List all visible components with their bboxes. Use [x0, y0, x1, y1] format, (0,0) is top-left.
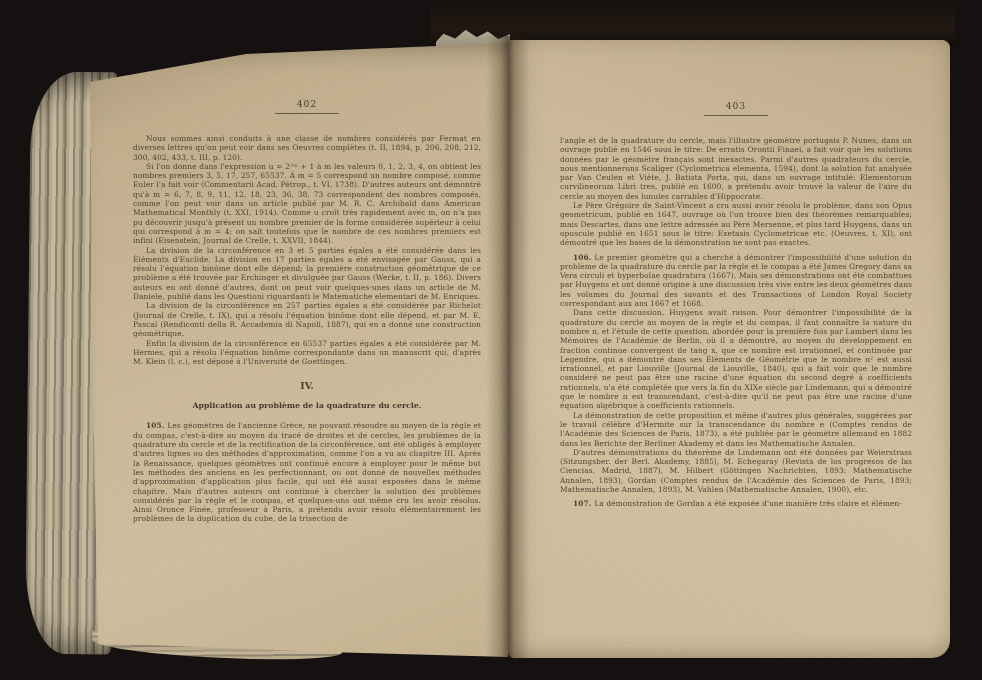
paragraph: La division de la circonférence en 257 p…: [133, 301, 481, 338]
page-403-content: 403 l'angle et de la quadrature du cercl…: [560, 102, 912, 509]
paragraph-106: 106.Le premier géomètre qui a cherché à …: [560, 253, 912, 309]
page-number: 403: [704, 102, 768, 116]
paragraph-105: 105.Les géomètres de l'ancienne Grèce, n…: [133, 421, 481, 523]
page-402-content: 402 Nous sommes ainsi conduits à une cla…: [133, 100, 481, 524]
section-heading: IV. Application au problème de la quadra…: [133, 381, 481, 410]
paragraph-text: La démonstration de Gordan a été exposée…: [594, 499, 901, 508]
paragraph-number: 107.: [573, 499, 591, 508]
paragraph: La division de la circonférence en 3 et …: [133, 246, 481, 302]
paragraph: La démonstration de cette proposition et…: [560, 411, 912, 448]
paragraph-text: Les géomètres de l'ancienne Grèce, ne po…: [133, 421, 481, 523]
page-402: 402 Nous sommes ainsi conduits à une cla…: [86, 38, 508, 660]
section-number: IV.: [133, 381, 481, 392]
paragraph: Si l'on donne dans l'expression u = 2²ᵐ …: [133, 162, 481, 246]
page-number: 402: [275, 100, 339, 114]
book-photo: 402 Nous sommes ainsi conduits à une cla…: [0, 0, 982, 680]
section-title: Application au problème de la quadrature…: [133, 401, 481, 410]
paragraph: l'angle et de la quadrature du cercle, m…: [560, 136, 912, 201]
paragraph: Enfin la division de la circonférence en…: [133, 339, 481, 367]
paragraph-number: 106.: [573, 253, 591, 262]
page-403: 403 l'angle et de la quadrature du cercl…: [508, 40, 950, 658]
paragraph: D'autres démonstrations du théorème de L…: [560, 448, 912, 494]
paragraph-text: Le premier géomètre qui a cherché à démo…: [560, 253, 912, 308]
paragraph-number: 105.: [146, 421, 164, 430]
paragraph: Nous sommes ainsi conduits à une classe …: [133, 134, 481, 162]
paragraph: Dans cette discussion, Huygens avait rai…: [560, 308, 912, 410]
paragraph-107: 107.La démonstration de Gordan a été exp…: [560, 499, 912, 508]
paragraph: Le Père Grégoire de Saint-Vincent a cru …: [560, 201, 912, 247]
